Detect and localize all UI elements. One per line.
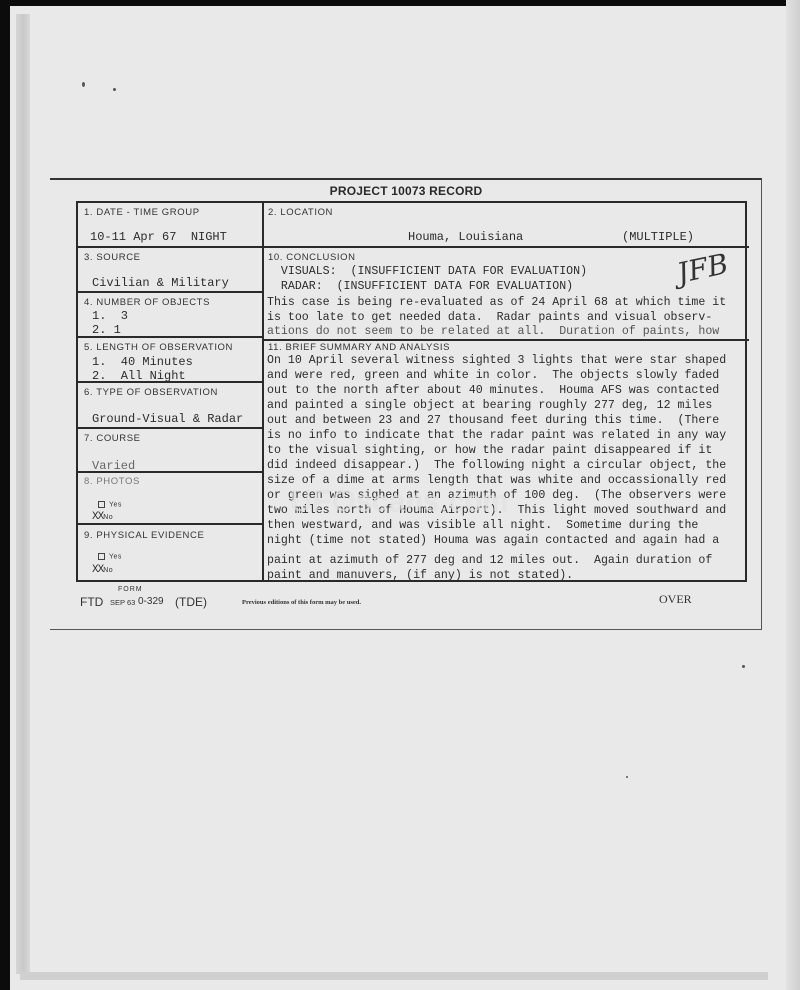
source-label: 3. SOURCE — [84, 252, 141, 263]
over-label: OVER — [659, 592, 692, 607]
type-of-observation-label: 6. TYPE OF OBSERVATION — [84, 387, 218, 398]
conclusion-line: ations do not seem to be related at all.… — [267, 324, 747, 337]
photos-yes-label: Yes — [109, 501, 122, 508]
photos-yes-option: Yes — [98, 501, 122, 508]
row-divider — [78, 427, 262, 429]
physical-evidence-label: 9. PHYSICAL EVIDENCE — [84, 530, 204, 541]
row-divider — [78, 291, 262, 293]
row-divider — [78, 246, 749, 248]
conclusion-line: RADAR: (INSUFFICIENT DATA FOR EVALUATION… — [267, 279, 747, 294]
photos-no-mark: XX — [92, 511, 103, 523]
scan-speck — [82, 82, 85, 87]
form-suffix: (TDE) — [175, 595, 207, 609]
physical-evidence-no-option: XXNo — [92, 564, 113, 576]
course-value: Varied — [92, 459, 135, 474]
location-label: 2. LOCATION — [268, 207, 333, 218]
summary-line: did indeed disappear.) The following nig… — [267, 458, 747, 474]
checkbox-empty-icon — [98, 501, 105, 508]
photos-no-label: No — [103, 514, 113, 521]
summary-label: 11. BRIEF SUMMARY AND ANALYSIS — [268, 342, 450, 353]
row-divider — [262, 339, 749, 341]
form-date: SEP 63 — [110, 598, 135, 607]
number-of-objects-value-1: 1. 3 — [92, 309, 128, 324]
summary-line: On 10 April several witness sighted 3 li… — [267, 353, 747, 369]
length-of-observation-value-1: 1. 40 Minutes — [92, 355, 193, 370]
summary-line: and painted a single object at bearing r… — [267, 398, 747, 414]
photos-no-option: XXNo — [92, 511, 113, 523]
summary-line: out to the north after about 40 minutes.… — [267, 383, 747, 399]
row-divider — [78, 523, 262, 525]
course-label: 7. COURSE — [84, 433, 141, 444]
scan-speck — [626, 776, 628, 778]
physical-evidence-no-mark: XX — [92, 564, 103, 576]
source-value: Civilian & Military — [92, 276, 229, 291]
location-value: Houma, Louisiana — [408, 230, 523, 245]
date-time-group-value: 10-11 Apr 67 NIGHT — [90, 230, 227, 245]
summary-line: paint and manuvers, (if any) is not stat… — [267, 568, 747, 584]
conclusion-line: This case is being re-evaluated as of 24… — [267, 295, 747, 311]
type-of-observation-value: Ground-Visual & Radar — [92, 412, 243, 427]
page-edge-shadow-left — [16, 14, 30, 974]
scan-speck — [742, 665, 745, 668]
scan-speck — [113, 88, 116, 91]
physical-evidence-yes-option: Yes — [98, 553, 122, 560]
location-note: (MULTIPLE) — [622, 230, 694, 245]
form-title: PROJECT 10073 RECORD — [50, 184, 762, 198]
photos-label: 8. PHOTOS — [84, 476, 140, 487]
page-edge-shadow-bottom — [20, 972, 768, 980]
summary-line: night (time not stated) Houma was again … — [267, 533, 747, 549]
summary-line: paint at azimuth of 277 deg and 12 miles… — [267, 553, 747, 569]
conclusion-label: 10. CONCLUSION — [268, 252, 356, 263]
watermark: UFOscans.com — [290, 485, 509, 519]
length-of-observation-label: 5. LENGTH OF OBSERVATION — [84, 342, 233, 353]
number-of-objects-value-2: 2. 1 — [92, 323, 121, 338]
summary-line: and were red, green and white in color. … — [267, 368, 747, 384]
column-divider — [262, 203, 264, 580]
form-word: FORM — [118, 586, 143, 593]
length-of-observation-value-2: 2. All Night — [92, 369, 186, 384]
page-edge-shadow-right — [786, 0, 800, 990]
physical-evidence-yes-label: Yes — [109, 553, 122, 560]
form-number: 0-329 — [138, 596, 164, 607]
physical-evidence-no-label: No — [103, 567, 113, 574]
number-of-objects-label: 4. NUMBER OF OBJECTS — [84, 297, 210, 308]
checkbox-empty-icon — [98, 553, 105, 560]
record-table: 1. DATE - TIME GROUP 10-11 Apr 67 NIGHT … — [76, 201, 747, 582]
summary-line: to the visual sighting, or how the radar… — [267, 443, 747, 459]
form-id-prefix: FTD — [80, 595, 103, 609]
date-time-group-label: 1. DATE - TIME GROUP — [84, 207, 200, 218]
summary-line: then westward, and was visible all night… — [267, 518, 747, 534]
previous-editions-note: Previous editions of this form may be us… — [242, 599, 361, 606]
summary-line: is no info to indicate that the radar pa… — [267, 428, 747, 444]
summary-line: out and between 23 and 27 thousand feet … — [267, 413, 747, 429]
